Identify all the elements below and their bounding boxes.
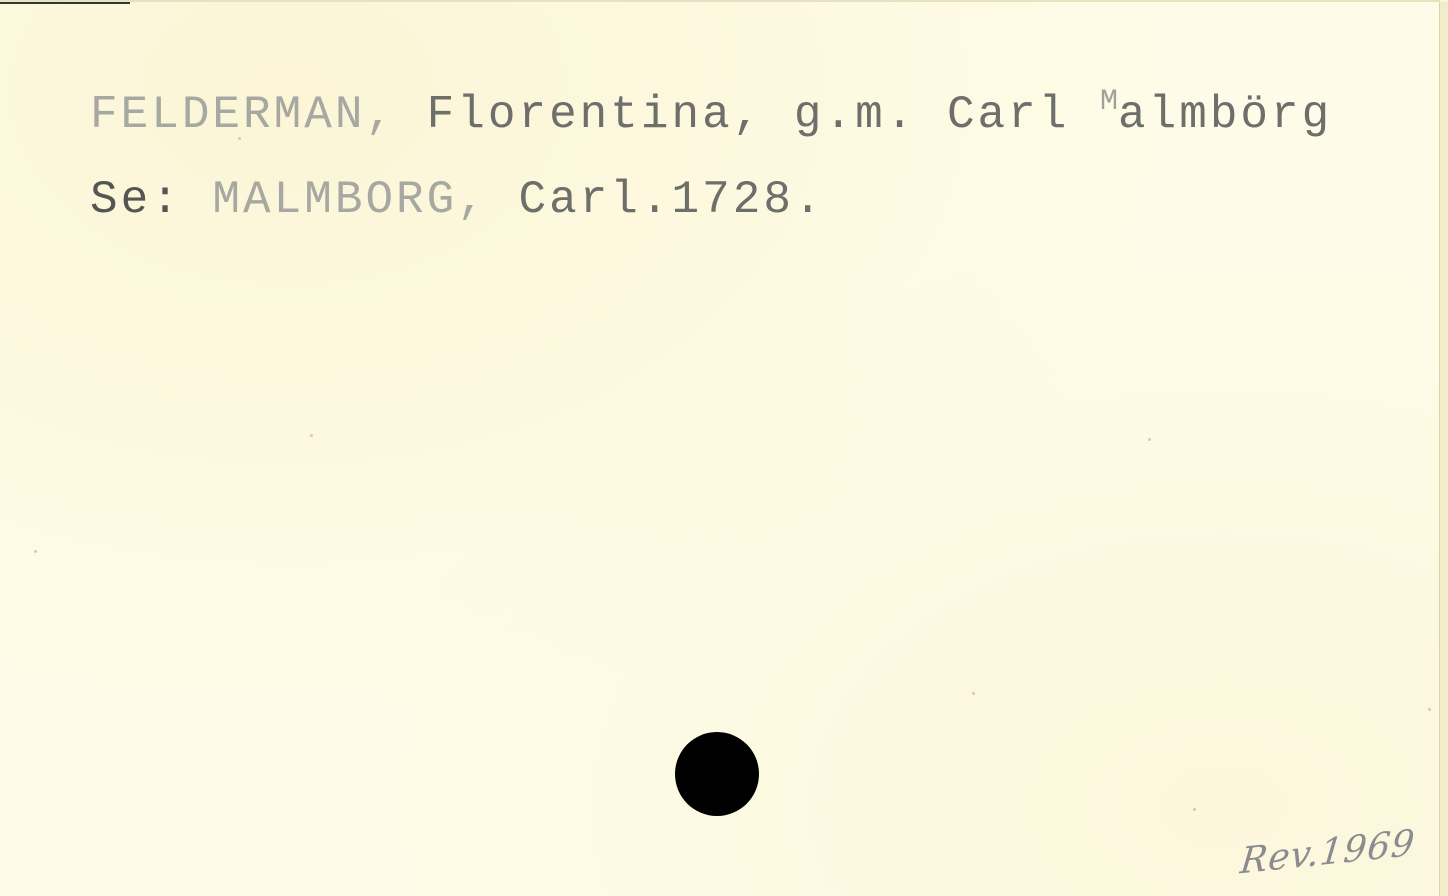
- reference-given-and-year: Carl.1728.: [488, 174, 825, 226]
- entry-surname: FELDERMAN,: [90, 89, 396, 141]
- paper-speck: [972, 692, 975, 695]
- see-prefix: Se:: [90, 174, 212, 226]
- index-card: FELDERMAN, Florentina, g.m. Carl Malmbör…: [0, 0, 1440, 896]
- scan-right-edge: [1439, 2, 1448, 896]
- paper-speck: [238, 137, 241, 140]
- entry-heading-line: FELDERMAN, Florentina, g.m. Carl Malmbör…: [90, 74, 1332, 143]
- paper-speck: [34, 550, 37, 553]
- paper-speck: [1428, 708, 1431, 711]
- paper-speck: [310, 434, 313, 437]
- paper-speck: [1148, 438, 1151, 441]
- handwritten-revision-note: Rev.1969: [1238, 822, 1417, 882]
- spouse-surname: almbörg: [1118, 89, 1332, 141]
- cross-reference-line: Se: MALMBORG, Carl.1728.: [90, 172, 825, 228]
- spouse-given-name: Carl: [916, 89, 1100, 141]
- reference-surname: MALMBORG,: [212, 174, 487, 226]
- spouse-initial: M: [1100, 85, 1118, 119]
- punch-hole: [675, 732, 759, 816]
- scan-top-edge: [0, 2, 130, 4]
- entry-given-name: Florentina,: [396, 89, 763, 141]
- entry-relation: g.m.: [763, 89, 916, 141]
- paper-speck: [1193, 808, 1196, 811]
